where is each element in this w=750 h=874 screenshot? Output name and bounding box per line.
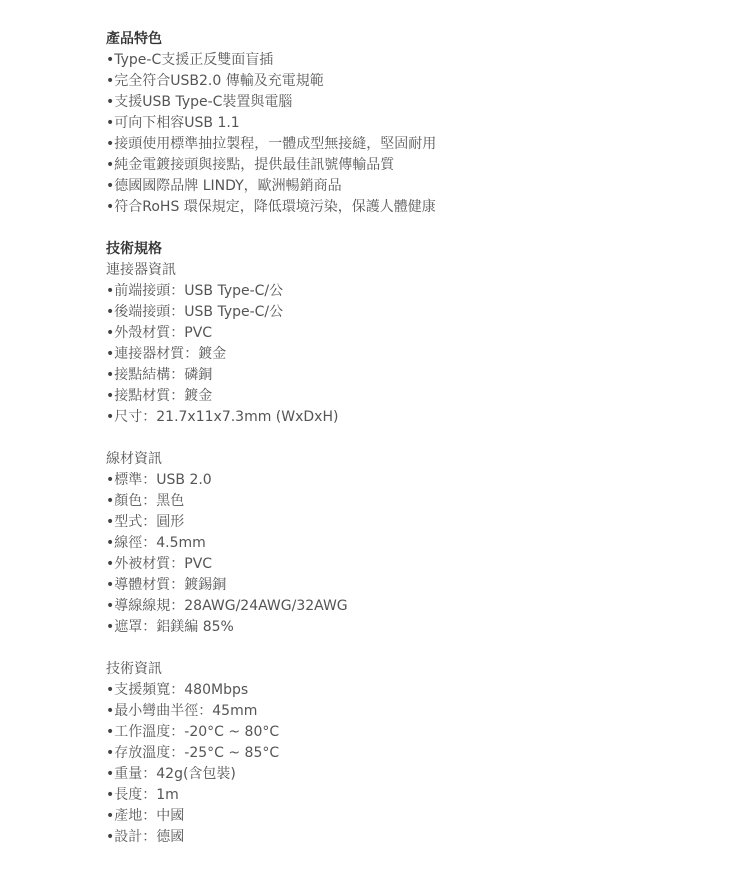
- section-spacer: [106, 428, 726, 449]
- spec-item: •標準：USB 2.0: [106, 470, 726, 491]
- spec-item: •導體材質：鍍錫銅: [106, 575, 726, 596]
- section-spacer: [106, 218, 726, 239]
- features-list: •Type-C支援正反雙面盲插 •完全符合USB2.0 傳輸及充電規範 •支援U…: [106, 50, 726, 218]
- connector-spec-list: •前端接頭：USB Type-C/公 •後端接頭：USB Type-C/公 •外…: [106, 281, 726, 428]
- spec-item: •後端接頭：USB Type-C/公: [106, 302, 726, 323]
- technical-spec-list: •支援頻寬：480Mbps •最小彎曲半徑：45mm •工作溫度：-20°C ~…: [106, 680, 726, 848]
- feature-item: •德國國際品牌 LINDY，歐洲暢銷商品: [106, 176, 726, 197]
- spec-item: •長度：1m: [106, 785, 726, 806]
- feature-item: •Type-C支援正反雙面盲插: [106, 50, 726, 71]
- spec-item: •重量：42g(含包裝): [106, 764, 726, 785]
- spec-item: •接點結構：磷銅: [106, 365, 726, 386]
- spec-item: •型式：圓形: [106, 512, 726, 533]
- spec-item: •接點材質：鍍金: [106, 386, 726, 407]
- section-spacer: [106, 638, 726, 659]
- cable-spec-list: •標準：USB 2.0 •顏色：黑色 •型式：圓形 •線徑：4.5mm •外被材…: [106, 470, 726, 638]
- features-heading: 產品特色: [106, 29, 726, 50]
- spec-item: •尺寸：21.7x11x7.3mm (WxDxH): [106, 407, 726, 428]
- feature-item: •完全符合USB2.0 傳輸及充電規範: [106, 71, 726, 92]
- connector-subheading: 連接器資訊: [106, 260, 726, 281]
- feature-item: •支援USB Type-C裝置與電腦: [106, 92, 726, 113]
- spec-item: •外被材質：PVC: [106, 554, 726, 575]
- spec-item: •外殼材質：PVC: [106, 323, 726, 344]
- spec-item: •最小彎曲半徑：45mm: [106, 701, 726, 722]
- spec-item: •線徑：4.5mm: [106, 533, 726, 554]
- spec-item: •工作溫度：-20°C ~ 80°C: [106, 722, 726, 743]
- feature-item: •接頭使用標準抽拉製程，一體成型無接縫，堅固耐用: [106, 134, 726, 155]
- spec-item: •遮罩：鋁鎂編 85%: [106, 617, 726, 638]
- specs-heading: 技術規格: [106, 239, 726, 260]
- spec-item: •顏色：黑色: [106, 491, 726, 512]
- feature-item: •符合RoHS 環保規定，降低環境污染，保護人體健康: [106, 197, 726, 218]
- spec-item: •支援頻寬：480Mbps: [106, 680, 726, 701]
- product-description: 產品特色 •Type-C支援正反雙面盲插 •完全符合USB2.0 傳輸及充電規範…: [106, 29, 726, 848]
- spec-item: •設計：德國: [106, 827, 726, 848]
- spec-item: •連接器材質：鍍金: [106, 344, 726, 365]
- spec-item: •導線線規：28AWG/24AWG/32AWG: [106, 596, 726, 617]
- spec-item: •前端接頭：USB Type-C/公: [106, 281, 726, 302]
- technical-subheading: 技術資訊: [106, 659, 726, 680]
- spec-item: •存放溫度：-25°C ~ 85°C: [106, 743, 726, 764]
- spec-item: •產地：中國: [106, 806, 726, 827]
- feature-item: •可向下相容USB 1.1: [106, 113, 726, 134]
- cable-subheading: 線材資訊: [106, 449, 726, 470]
- feature-item: •純金電鍍接頭與接點，提供最佳訊號傳輸品質: [106, 155, 726, 176]
